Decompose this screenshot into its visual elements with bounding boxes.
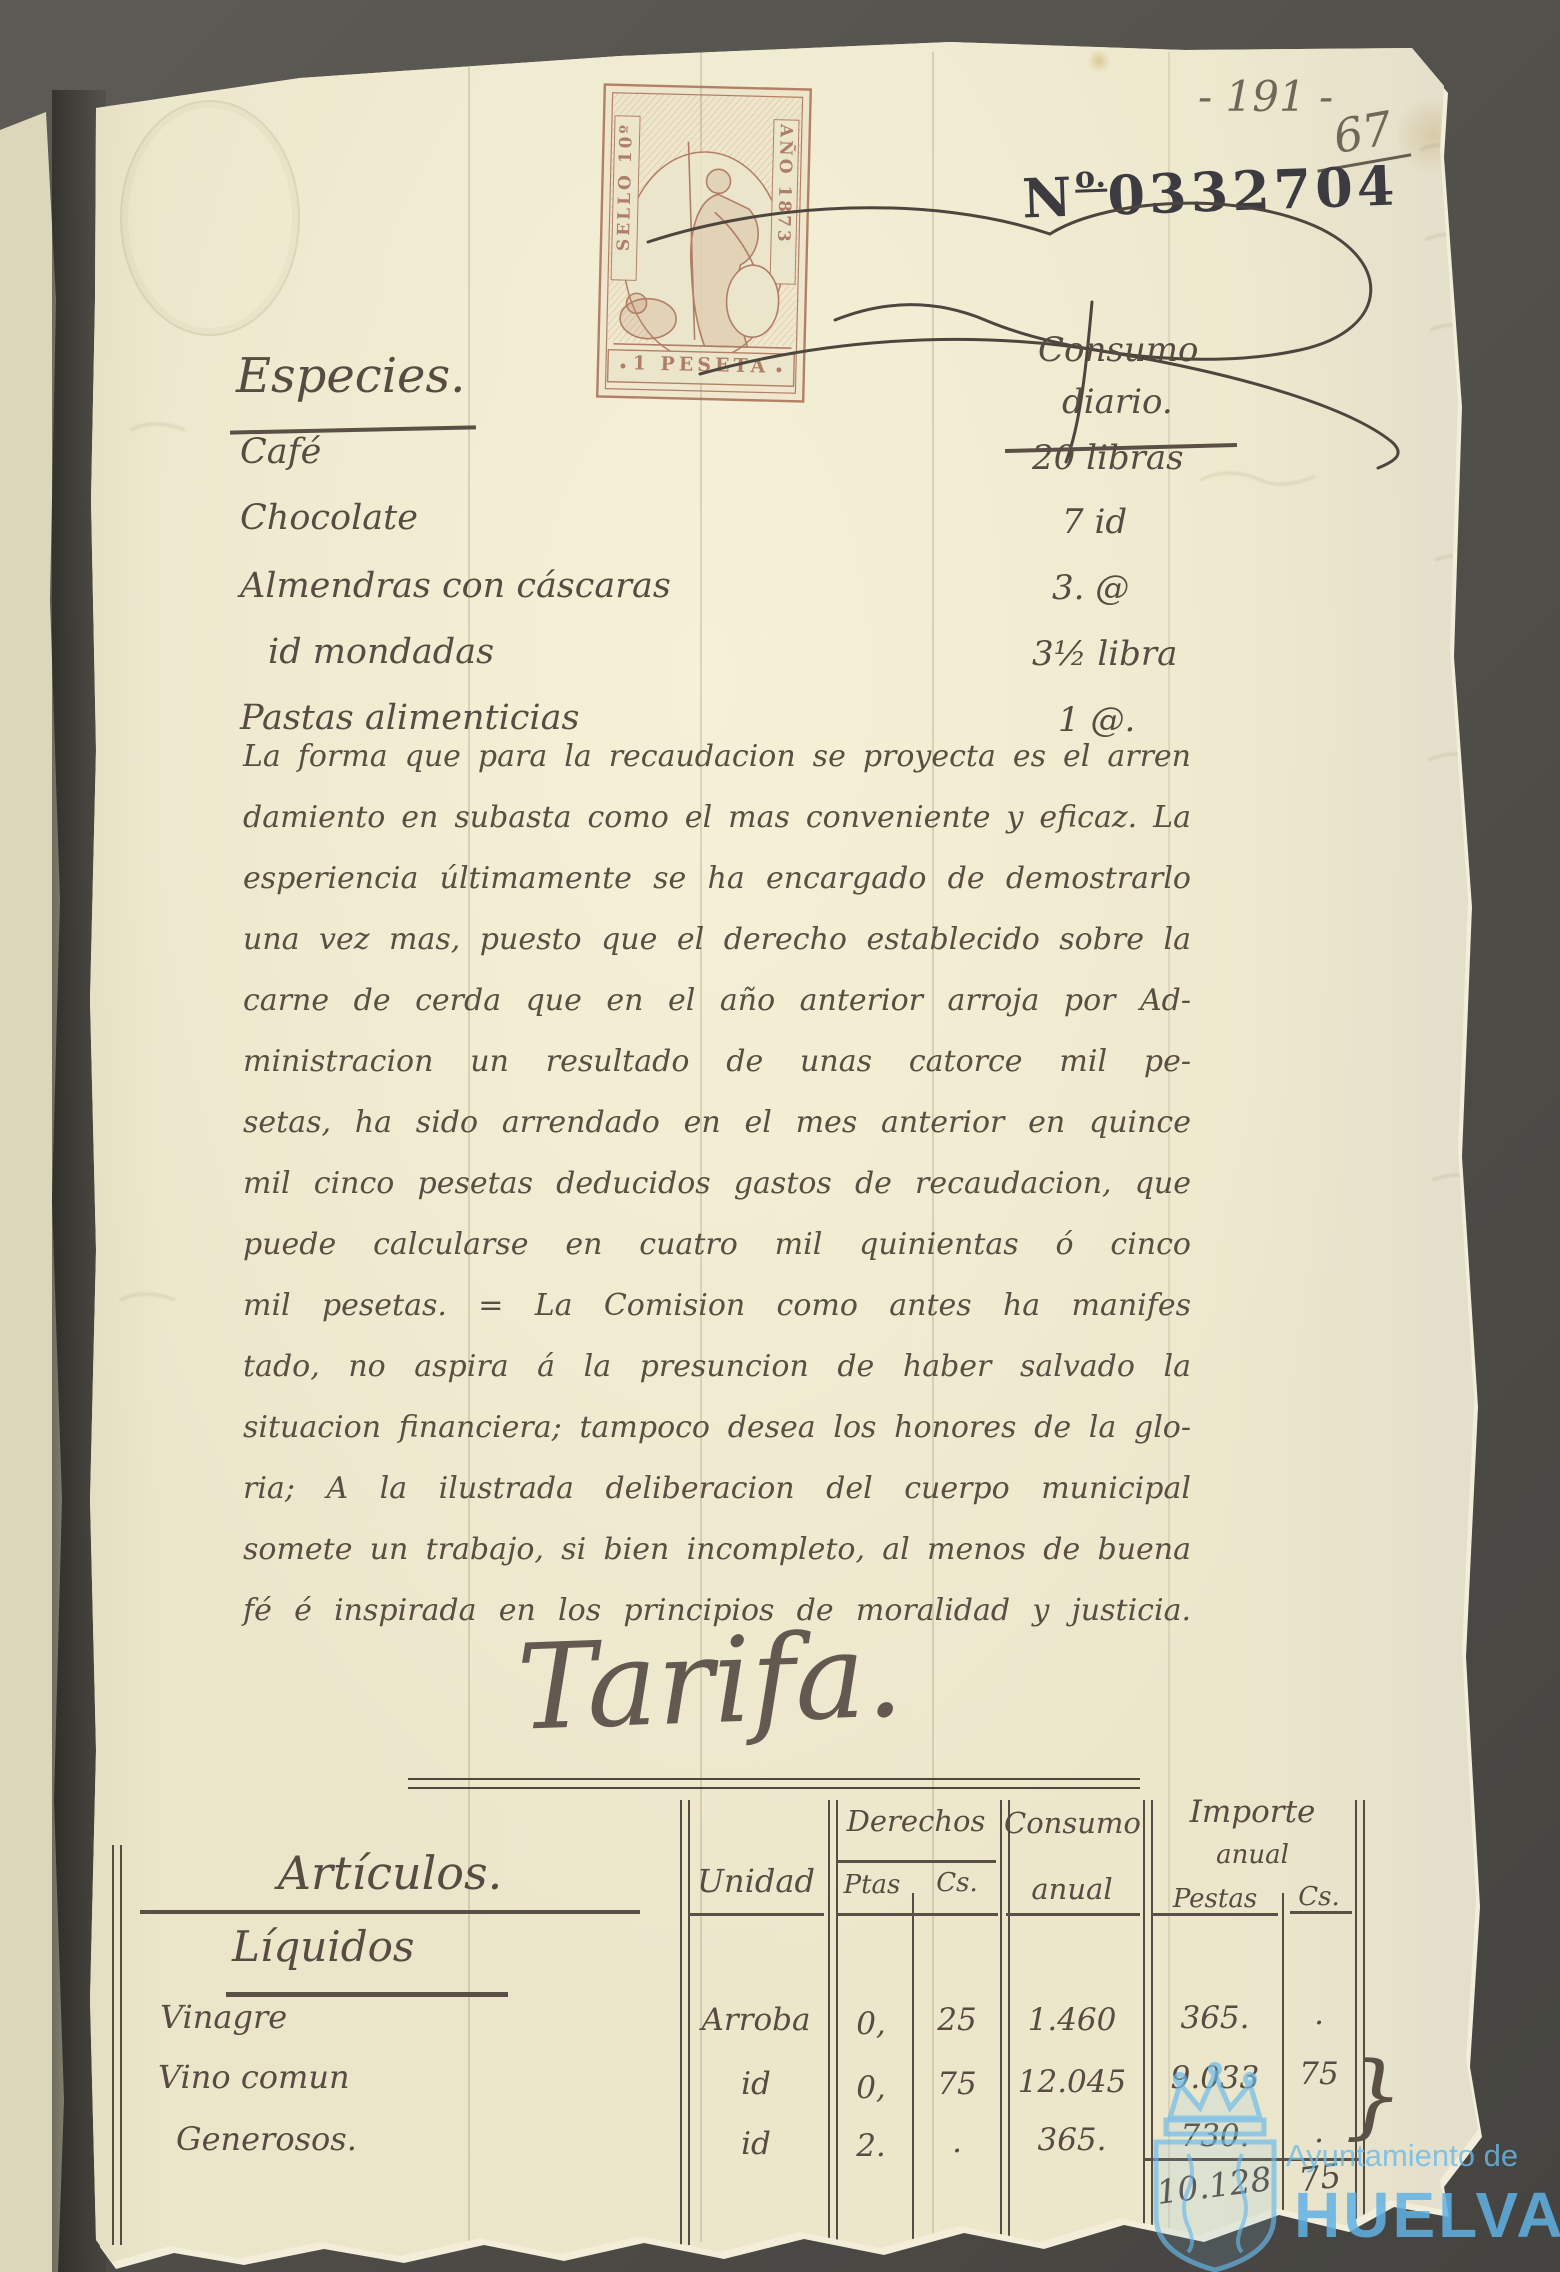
row-importe-cs: 75 <box>1286 2056 1352 2092</box>
manuscript-line: La forma que para la recaudacion se proy… <box>243 726 1191 787</box>
column-header-consumo-anual: anual <box>1004 1872 1140 1906</box>
manuscript-line: esperiencia últimamente se ha encargado … <box>243 848 1191 909</box>
column-header-ptas: Ptas <box>834 1870 910 1900</box>
item-name: Chocolate <box>240 498 418 538</box>
total-cs: 75 <box>1286 2154 1354 2201</box>
row-consumo: 12.045 <box>1004 2064 1140 2100</box>
especies-title: Especies. <box>236 348 465 404</box>
column-header-cs: Cs. <box>916 1868 998 1898</box>
column-header-importe: Importe <box>1150 1794 1355 1830</box>
item-qty: 20 libras <box>1032 438 1184 478</box>
manuscript-line: puede calcularse en cuatro mil quinienta… <box>243 1214 1191 1275</box>
header-underline <box>688 1913 824 1916</box>
manuscript-line: mil cinco pesetas deducidos gastos de re… <box>243 1153 1191 1214</box>
row-importe-cs: . <box>1286 2114 1352 2150</box>
derechos-subrule <box>836 1860 996 1863</box>
consumo-title-line1: Consumo <box>1038 330 1198 370</box>
row-importe: 730. <box>1150 2118 1280 2154</box>
row-importe: 9.033 <box>1150 2060 1280 2096</box>
row-consumo: 1.460 <box>1004 2002 1140 2038</box>
manuscript-line: setas, ha sido arrendado en el mes anter… <box>243 1092 1191 1153</box>
item-name: Café <box>240 432 321 472</box>
item-qty: 3. @ <box>1052 568 1129 608</box>
manuscript-line: somete un trabajo, si bien incompleto, a… <box>243 1519 1191 1580</box>
item-name: id mondadas <box>268 632 494 672</box>
tarifa-rule <box>408 1778 1140 1789</box>
row-cs: 75 <box>916 2066 998 2102</box>
column-header-derechos: Derechos <box>832 1804 1000 1838</box>
summation-brace: } <box>1345 2042 1404 2149</box>
column-header-consumo: Consumo <box>1004 1806 1140 1840</box>
header-underline <box>836 1913 998 1916</box>
row-ptas: 0, <box>832 2070 910 2106</box>
manuscript-line: damiento en subasta como el mas convenie… <box>243 787 1191 848</box>
manuscript-line: ria; A la ilustrada deliberacion del cue… <box>243 1458 1191 1519</box>
row-ptas: 2. <box>832 2128 910 2164</box>
header-underline <box>1152 1913 1278 1916</box>
item-qty: 7 id <box>1062 502 1127 542</box>
section-underline <box>226 1992 508 1997</box>
header-underline <box>140 1910 640 1914</box>
manuscript-line: situacion financiera; tampoco desea los … <box>243 1397 1191 1458</box>
row-cs: 25 <box>916 2002 998 2038</box>
table-border-right <box>1355 1800 1365 2230</box>
manuscript-line: ministracion un resultado de unas catorc… <box>243 1031 1191 1092</box>
manuscript-page: SELLO 10º AÑO 1873 1 PESETA - 191 - 67 N… <box>0 0 1560 2272</box>
column-header-pesetas: Pestas <box>1150 1884 1280 1914</box>
row-unidad: id <box>686 2066 826 2102</box>
header-underline <box>1290 1911 1352 1914</box>
row-cs: . <box>916 2124 998 2160</box>
row-consumo: 365. <box>1004 2122 1140 2158</box>
table-subcolumn-rule <box>1282 1893 1284 2233</box>
manuscript-line: mil pesetas. = La Comision como antes ha… <box>243 1275 1191 1336</box>
table-border-left <box>112 1845 122 2245</box>
item-name: Almendras con cáscaras <box>240 566 671 606</box>
column-header-cs2: Cs. <box>1286 1882 1352 1912</box>
item-qty: 3½ libra <box>1032 634 1177 674</box>
row-articulo: Vinagre <box>160 1998 287 2036</box>
section-liquidos: Líquidos <box>232 1922 414 1971</box>
manuscript-line: tado, no aspira á la presuncion de haber… <box>243 1336 1191 1397</box>
manuscript-paragraph: La forma que para la recaudacion se proy… <box>243 726 1191 1641</box>
column-header-importe-anual: anual <box>1150 1840 1355 1870</box>
row-unidad: id <box>686 2126 826 2162</box>
row-ptas: 0, <box>832 2006 910 2042</box>
consumo-title-line2: diario. <box>1062 382 1173 422</box>
column-header-unidad: Unidad <box>686 1862 826 1900</box>
manuscript-line: carne de cerda que en el año anterior ar… <box>243 970 1191 1031</box>
table-subcolumn-rule <box>912 1893 914 2243</box>
row-articulo: Vino comun <box>158 2058 350 2096</box>
manuscript-line: una vez mas, puesto que el derecho estab… <box>243 909 1191 970</box>
row-importe: 365. <box>1150 2000 1280 2036</box>
header-underline <box>1006 1913 1140 1916</box>
column-header-articulos: Artículos. <box>180 1846 600 1900</box>
row-importe-cs: . <box>1286 1996 1352 2032</box>
tarifa-title: Tarifa. <box>428 1602 992 1759</box>
document-photo: SELLO 10º AÑO 1873 1 PESETA - 191 - 67 N… <box>0 0 1560 2272</box>
row-articulo: Generosos. <box>176 2120 357 2158</box>
row-unidad: Arroba <box>686 2002 826 2038</box>
